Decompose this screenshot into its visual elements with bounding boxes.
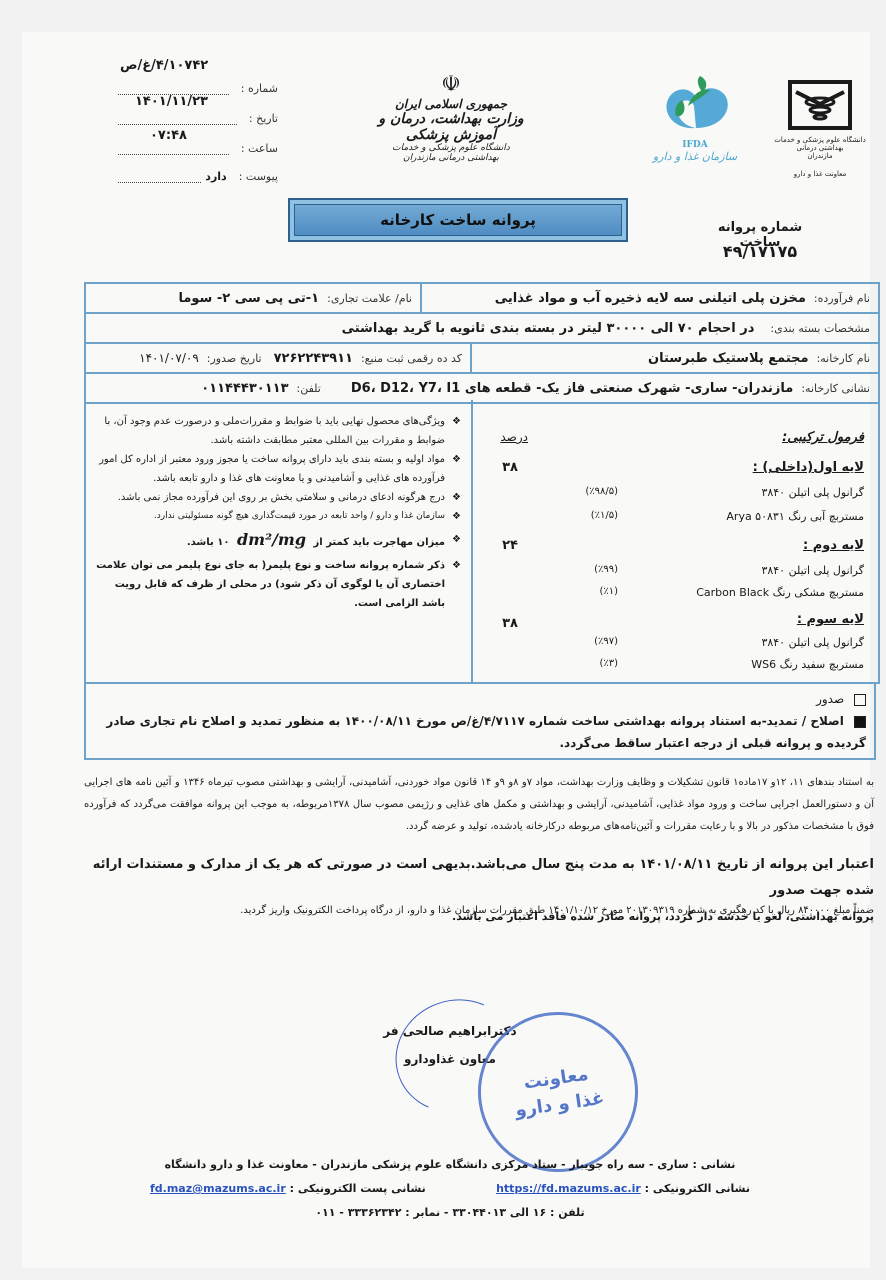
meta-time-row: ساعت : — [118, 142, 278, 155]
migration-suffix: باشد. — [187, 537, 214, 548]
license-status: صدور اصلاح / تمدید-به استناد پروانه بهدا… — [84, 682, 876, 760]
university-logo: دانشگاه علوم پزشکی و خدمات بهداشتی درمان… — [770, 80, 870, 178]
issue-date-value: ۱۴۰۱/۰۷/۰۹ — [139, 351, 199, 365]
meta-number-label: شماره : — [241, 82, 278, 95]
meta-time-label: ساعت : — [241, 142, 278, 155]
layer-2-item-2: مستربچ مشکی رنگ Carbon Black — [696, 586, 864, 599]
legal-basis-paragraph: به استناد بندهای ۱۱، ۱۲و ۱۷ماده۱ قانون ت… — [84, 772, 874, 838]
percent-header: درصد — [500, 430, 528, 444]
product-cell: نام فرآورده: مخزن پلی اتیلنی سه لایه ذخی… — [422, 284, 878, 312]
polymer-note: ذکر شماره پروانه ساخت و نوع پلیمر( به جا… — [94, 556, 461, 613]
formula-title: فرمول ترکیبی: — [782, 430, 864, 445]
note-item: سازمان غذا و دارو / واحد تابعه در مورد ق… — [94, 507, 461, 526]
meta-attachment-label: پیوست : — [239, 170, 278, 183]
composition-section: فرمول ترکیبی: درصد لایه اول(داخلی) : ۳۸ … — [84, 400, 880, 684]
layer-2-item-1-pct: (٪۹۹) — [594, 564, 618, 575]
amend-checkbox — [854, 716, 866, 728]
issue-date-label: تاریخ صدور: — [207, 352, 262, 365]
address-row: نشانی کارخانه: مازندران- ساری- شهرک صنعت… — [86, 374, 878, 402]
layer-3-name: لایه سوم : — [797, 612, 864, 627]
brand-cell: نام/ علامت تجاری: ۱-تی پی سی ۲- سوما — [86, 284, 422, 312]
source-code-label: کد ده رقمی ثبت منبع: — [361, 352, 462, 365]
packaging-value: در احجام ۷۰ الی ۳۰۰۰۰ لیتر در بسته بندی … — [342, 321, 755, 336]
note-item: درج هرگونه ادعای درمانی و سلامتی بخش بر … — [94, 488, 461, 507]
status-issue: صدور — [94, 688, 866, 710]
layer-2-item-1: گرانول پلی اتیلن ۳۸۴۰ — [761, 564, 864, 577]
license-number: ۴۹/۱۷۱۷۵ — [700, 242, 820, 261]
meta-attachment-value: دارد — [205, 170, 226, 183]
migration-unit: mg/dm² — [237, 530, 306, 549]
validity-paragraph: اعتبار این پروانه از تاریخ ۱۴۰۱/۰۸/۱۱ به… — [84, 852, 874, 930]
website-link[interactable]: https://fd.mazums.ac.ir — [496, 1182, 641, 1195]
ministry-emblem: ☫ جمهوری اسلامی ایران وزارت بهداشت، درما… — [376, 72, 526, 163]
factory-value: مجتمع پلاستیک طبرستان — [648, 351, 809, 366]
layer-2-pct: ۲۴ — [502, 538, 518, 553]
university-province: مازندران — [770, 152, 870, 160]
fee-paragraph: ضمناً مبلغ ۸۴۰۰۰۰ ریال با کد رهگیری به ش… — [84, 905, 874, 916]
validity-line1: اعتبار این پروانه از تاریخ ۱۴۰۱/۰۸/۱۱ به… — [84, 852, 874, 904]
brand-value: ۱-تی پی سی ۲- سوما — [178, 291, 319, 306]
status-amend: اصلاح / تمدید-به استناد پروانه بهداشتی س… — [94, 710, 866, 754]
source-code-cell: کد ده رقمی ثبت منبع: ۷۲۶۲۲۴۳۹۱۱ تاریخ صد… — [86, 344, 472, 372]
layer-3-pct: ۳۸ — [502, 616, 518, 631]
regulatory-notes: ویژگی‌های محصول نهایی باید با ضوابط و مق… — [86, 400, 471, 682]
layer-1-item-2: مستربچ آبی رنگ Arya ۵۰۸۳۱ — [726, 510, 864, 523]
composition-formula: فرمول ترکیبی: درصد لایه اول(داخلی) : ۳۸ … — [471, 400, 878, 682]
migration-prefix: میزان مهاجرت باید کمتر از — [314, 537, 445, 548]
unit-numerator: mg — [278, 530, 306, 549]
meta-dots — [118, 144, 229, 155]
meta-attachment-row: پیوست : دارد — [118, 170, 278, 183]
document-title: پروانه ساخت کارخانه — [288, 198, 628, 242]
migration-value: ۱۰ — [217, 537, 229, 548]
note-item: ویژگی‌های محصول نهایی باید با ضوابط و مق… — [94, 412, 461, 450]
footer-web: نشانی الکترونیکی : https://fd.mazums.ac.… — [496, 1182, 750, 1195]
layer-3-item-1-pct: (٪۹۷) — [594, 636, 618, 647]
layer-2-name: لایه دوم : — [803, 538, 864, 553]
meta-date-row: تاریخ : — [118, 112, 278, 125]
layer-1-item-1: گرانول پلی اتیلن ۳۸۴۰ — [761, 486, 864, 499]
iran-emblem-icon: ☫ — [376, 72, 526, 97]
layer-1-name: لایه اول(داخلی) : — [753, 460, 864, 475]
emblem-ministry: وزارت بهداشت، درمان و آموزش پزشکی — [376, 111, 526, 143]
phone-label: تلفن: — [297, 382, 321, 395]
meta-dots — [118, 172, 201, 183]
meta-date-value: ۱۴۰۱/۱۱/۲۳ — [135, 94, 208, 109]
layer-3-item-2-pct: (٪۳) — [599, 658, 618, 669]
web-label: نشانی الکترونیکی : — [645, 1182, 750, 1195]
meta-date-label: تاریخ : — [249, 112, 278, 125]
address-value: مازندران- ساری- شهرک صنعتی فاز یک- قطعه … — [351, 381, 793, 396]
layer-2-item-2-pct: (٪۱) — [599, 586, 618, 597]
product-value: مخزن پلی اتیلنی سه لایه ذخیره آب و مواد … — [495, 291, 806, 306]
book-icon — [788, 80, 852, 130]
meta-time-value: ۰۷:۴۸ — [150, 128, 187, 143]
layer-1-item-1-pct: (٪۹۸/۵) — [585, 486, 618, 497]
packaging-row: مشخصات بسته بندی: در احجام ۷۰ الی ۳۰۰۰۰ … — [86, 314, 878, 344]
footer-email: نشانی پست الکترونیکی : fd.maz@mazums.ac.… — [150, 1182, 426, 1195]
university-dept: معاونت غذا و دارو — [770, 170, 870, 178]
emblem-republic: جمهوری اسلامی ایران — [376, 97, 526, 111]
factory-label: نام کارخانه: — [817, 352, 870, 365]
layer-3-item-2: مستربچ سفید رنگ WS6 — [751, 658, 864, 671]
unit-denominator: dm² — [237, 530, 272, 549]
issue-checkbox — [854, 694, 866, 706]
product-row: نام فرآورده: مخزن پلی اتیلنی سه لایه ذخی… — [86, 284, 878, 314]
packaging-label: مشخصات بسته بندی: — [770, 322, 870, 335]
footer-address: نشانی : ساری - سه راه جویبار - ستاد مرکز… — [150, 1158, 750, 1171]
emblem-university: دانشگاه علوم پزشکی و خدمات بهداشتی درمان… — [376, 143, 526, 163]
phone-value: ۰۱۱۴۴۴۳۰۱۱۳ — [201, 381, 288, 396]
address-cell: نشانی کارخانه: مازندران- ساری- شهرک صنعت… — [86, 374, 878, 402]
product-info-table: نام فرآورده: مخزن پلی اتیلنی سه لایه ذخی… — [84, 282, 880, 404]
factory-row: نام کارخانه: مجتمع پلاستیک طبرستان کد ده… — [86, 344, 878, 374]
university-name: دانشگاه علوم پزشکی و خدمات بهداشتی درمان… — [770, 136, 870, 152]
ifda-name: سازمان غذا و دارو — [640, 150, 750, 163]
issue-label: صدور — [816, 692, 844, 706]
packaging-cell: مشخصات بسته بندی: در احجام ۷۰ الی ۳۰۰۰۰ … — [86, 314, 878, 342]
email-label: نشانی پست الکترونیکی : — [290, 1182, 426, 1195]
ifda-acronym: IFDA — [640, 140, 750, 150]
source-code-value: ۷۲۶۲۲۴۳۹۱۱ — [274, 351, 353, 366]
address-label: نشانی کارخانه: — [801, 382, 870, 395]
ifda-logo: IFDA سازمان غذا و دارو — [640, 70, 750, 163]
ifda-leaf-icon — [652, 70, 738, 140]
note-item: مواد اولیه و بسته بندی باید دارای پروانه… — [94, 450, 461, 488]
amend-label: اصلاح / تمدید-به استناد پروانه بهداشتی س… — [106, 714, 866, 750]
brand-label: نام/ علامت تجاری: — [327, 292, 412, 305]
meta-dots — [118, 114, 237, 125]
product-label: نام فرآورده: — [814, 292, 870, 305]
footer-contacts: نشانی الکترونیکی : https://fd.mazums.ac.… — [150, 1182, 750, 1195]
letter-reference: ۴/۱۰۷۴۲/غ/ص — [120, 58, 208, 73]
layer-3-item-1: گرانول پلی اتیلن ۳۸۴۰ — [761, 636, 864, 649]
email-link[interactable]: fd.maz@mazums.ac.ir — [150, 1182, 286, 1195]
footer-phone: تلفن : ۱۶ الی ۳۳۰۴۴۰۱۳ - نمابر : ۳۳۳۶۲۳۴… — [150, 1206, 750, 1219]
migration-note: میزان مهاجرت باید کمتر از mg/dm² ۱۰ باشد… — [94, 530, 461, 552]
layer-1-pct: ۳۸ — [502, 460, 518, 475]
factory-cell: نام کارخانه: مجتمع پلاستیک طبرستان — [472, 344, 878, 372]
layer-1-item-2-pct: (٪۱/۵) — [591, 510, 618, 521]
